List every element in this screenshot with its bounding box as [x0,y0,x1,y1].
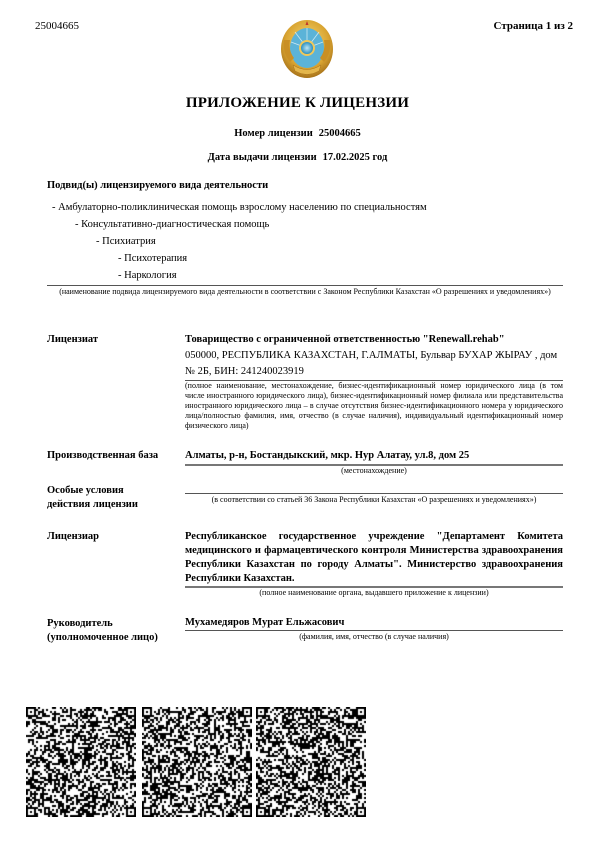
licensee-name: Товарищество с ограниченной ответственно… [185,333,563,347]
licensee-label: Лицензиат [47,333,98,347]
divider [185,493,563,494]
license-number-label: Номер лицензии [234,128,313,139]
licensee-address: 050000, РЕСПУБЛИКА КАЗАХСТАН, Г.АЛМАТЫ, … [185,348,563,380]
head-value: Мухамедяров Мурат Ельжасович [185,616,563,630]
subtype-item: - Психотерапия [118,253,187,264]
state-emblem-icon [280,18,334,80]
subtype-item: - Наркология [118,270,177,281]
production-base-note: (местонахождение) [185,466,563,476]
document-number: 25004665 [35,20,79,32]
document-title: ПРИЛОЖЕНИЕ К ЛИЦЕНЗИИ [0,95,595,112]
page-indicator: Страница 1 из 2 [494,20,573,32]
issue-date-label: Дата выдачи лицензии [208,152,317,163]
licensor-note: (полное наименование органа, выдавшего п… [185,588,563,598]
subtype-item: - Консультативно-диагностическая помощь [75,219,269,230]
special-conditions-note: (в соответствии со статьей 36 Закона Рес… [185,495,563,505]
qr-code-icon [256,707,366,817]
licensor-label: Лицензиар [47,530,99,544]
qr-code-icon [142,707,252,817]
subtypes-note: (наименование подвида лицензируемого вид… [47,287,563,297]
subtype-item: - Психиатрия [96,236,156,247]
licensor-value: Республиканское государственное учрежден… [185,530,563,586]
head-note: (фамилия, имя, отчество (в случае наличи… [185,632,563,642]
head-label: Руководитель (уполномоченное лицо) [47,617,158,645]
subtype-item: - Амбулаторно-поликлиническая помощь взр… [52,202,427,213]
divider [47,285,563,286]
license-number-value: 25004665 [319,128,361,139]
issue-date-row: Дата выдачи лицензии17.02.2025 год [0,152,595,163]
divider [185,630,563,631]
production-base-label: Производственная база [47,449,158,463]
special-conditions-label: Особые условия действия лицензии [47,484,138,512]
qr-code-icon [26,707,136,817]
subtypes-title: Подвид(ы) лицензируемого вида деятельнос… [47,180,268,191]
license-number-row: Номер лицензии25004665 [0,128,595,139]
licensee-note: (полное наименование, местонахождение, б… [185,381,563,431]
issue-date-value: 17.02.2025 год [323,152,388,163]
production-base-value: Алматы, р-н, Бостандыкский, мкр. Нур Ала… [185,449,563,463]
